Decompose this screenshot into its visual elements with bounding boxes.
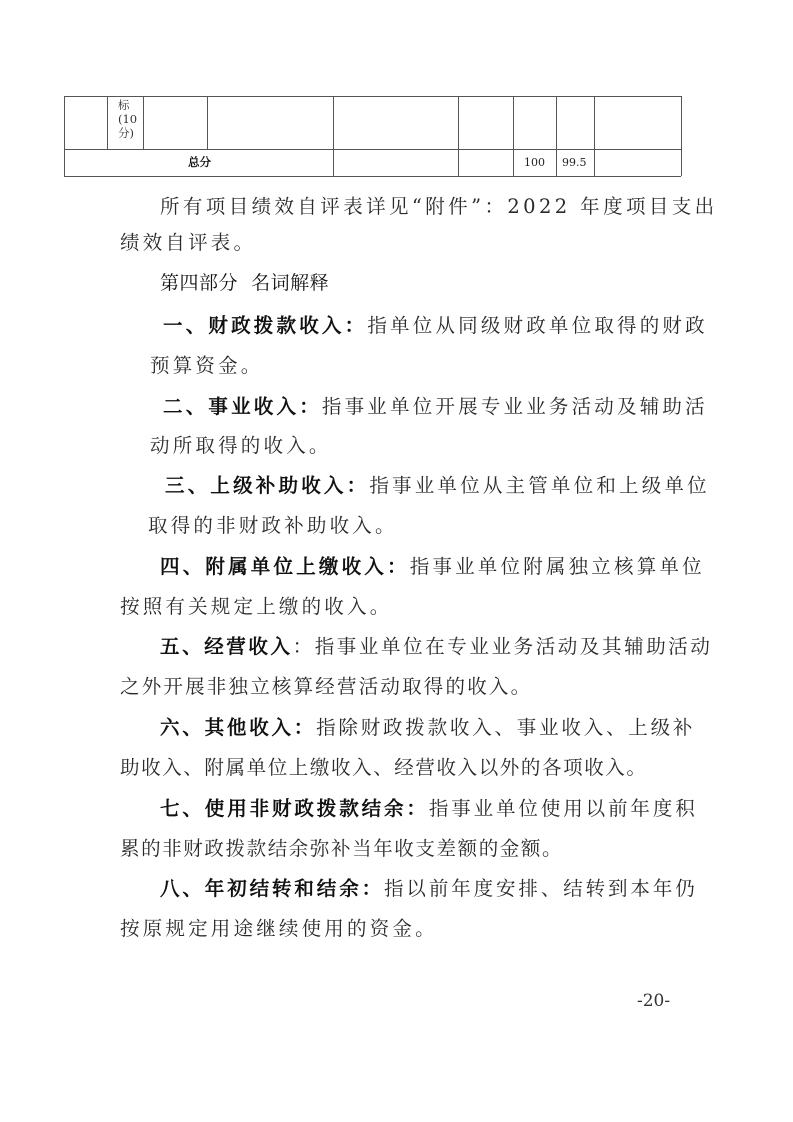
definition-term: 一、财政拨款收入： — [163, 314, 367, 337]
table-col-line — [207, 96, 208, 149]
table-col-line — [107, 96, 108, 149]
indicator-text-line: (10 — [118, 112, 142, 126]
definition-text: ：指事业单位在专业业务活动及其辅助活动 — [293, 635, 713, 658]
definition-5-line-1: 五、经营收入：指事业单位在专业业务活动及其辅助活动 — [160, 631, 713, 659]
definition-text: 指单位从同级财政单位取得的财政 — [367, 314, 708, 337]
definition-text: 指事业单位使用以前年度积 — [429, 797, 698, 820]
definition-4-line-1: 四、附属单位上缴收入：指事业单位附属独立核算单位 — [160, 551, 705, 579]
total-score-label: 总分 — [188, 155, 211, 169]
full-score-value: 100 — [524, 156, 545, 170]
intro-line-2: 绩效自评表。 — [120, 227, 256, 255]
definition-7-line-1: 七、使用非财政拨款结余：指事业单位使用以前年度积 — [160, 793, 698, 821]
table-col-line — [458, 96, 459, 176]
table-col-line — [556, 96, 557, 176]
table-border-right — [681, 96, 682, 176]
definition-text: 指事业单位从主管单位和上级单位 — [369, 474, 710, 497]
definition-term: 四、附属单位上缴收入： — [160, 555, 410, 578]
table-col-line — [333, 96, 334, 176]
definition-2-line-1: 二、事业收入：指事业单位开展专业业务活动及辅助活 — [163, 391, 708, 419]
definition-term: 六、其他收入： — [160, 716, 316, 739]
score-value: 99.5 — [562, 156, 587, 170]
table-border-left — [64, 96, 65, 176]
definition-term: 二、事业收入： — [163, 395, 322, 418]
performance-table: 标 (10 分) 总分 100 99.5 — [64, 96, 681, 176]
definition-6-line-2: 助收入、附属单位上缴收入、经营收入以外的各项收入。 — [120, 752, 648, 780]
definition-7-line-2: 累的非财政拨款结余弥补当年收支差额的金额。 — [120, 833, 563, 861]
definition-term: 五、经营收入 — [160, 635, 293, 658]
definition-6-line-1: 六、其他收入：指除财政拨款收入、事业收入、上级补 — [160, 712, 695, 740]
definition-term: 七、使用非财政拨款结余： — [160, 797, 429, 820]
indicator-cell-text: 标 (10 分) — [118, 98, 142, 140]
table-row-divider — [64, 149, 681, 150]
definition-8-line-1: 八、年初结转和结余：指以前年度安排、结转到本年仍 — [160, 873, 698, 901]
definition-3-line-2: 取得的非财政补助收入。 — [148, 510, 398, 538]
definition-term: 三、上级补助收入： — [165, 474, 369, 497]
table-col-line — [513, 96, 514, 176]
indicator-text-line: 分) — [118, 126, 142, 140]
table-border-top — [64, 96, 681, 97]
definition-text: 指以前年度安排、结转到本年仍 — [384, 877, 698, 900]
definition-text: 指除财政拨款收入、事业收入、上级补 — [316, 716, 695, 739]
definition-1-line-1: 一、财政拨款收入：指单位从同级财政单位取得的财政 — [163, 310, 708, 338]
definition-5-line-2: 之外开展非独立核算经营活动取得的收入。 — [120, 671, 532, 699]
definition-1-line-2: 预算资金。 — [150, 350, 264, 378]
definition-term: 八、年初结转和结余： — [160, 877, 384, 900]
table-border-bottom — [64, 176, 681, 177]
section-heading: 第四部分 名词解释 — [160, 268, 329, 295]
definition-4-line-2: 按照有关规定上缴的收入。 — [120, 591, 392, 619]
definition-text: 指事业单位附属独立核算单位 — [410, 555, 705, 578]
table-col-line — [143, 96, 144, 149]
intro-line-1: 所有项目绩效自评表详见“附件”：2022 年度项目支出 — [160, 191, 718, 219]
page-number: -20- — [637, 991, 670, 1011]
definition-8-line-2: 按原规定用途继续使用的资金。 — [120, 913, 438, 941]
definition-3-line-1: 三、上级补助收入：指事业单位从主管单位和上级单位 — [165, 470, 710, 498]
indicator-text-line: 标 — [118, 98, 142, 112]
table-col-line — [594, 96, 595, 176]
definition-text: 指事业单位开展专业业务活动及辅助活 — [322, 395, 708, 418]
definition-2-line-2: 动所取得的收入。 — [150, 430, 332, 458]
